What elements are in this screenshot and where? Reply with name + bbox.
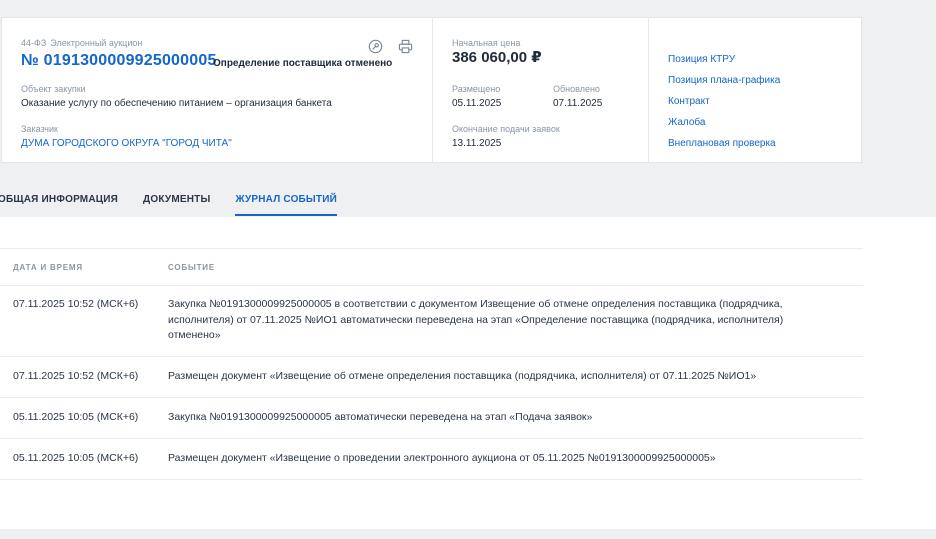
table-row: 05.11.2025 10:05 (МСК+6) Размещен докуме… [0,439,863,480]
updated-value: 07.11.2025 [553,98,602,109]
search-key-icon[interactable] [367,38,383,54]
procedure-type-line: 44-ФЗЭлектронный аукцион [21,38,142,48]
updated-label: Обновлено [553,84,600,94]
tab-general-info[interactable]: ОБЩАЯ ИНФОРМАЦИЯ [0,183,118,216]
event-description: Размещен документ «Извещение о проведени… [168,451,818,467]
event-log-panel: ДАТА И ВРЕМЯ СОБЫТИЕ 07.11.2025 10:52 (М… [0,217,936,529]
link-contract[interactable]: Контракт [668,95,780,109]
column-header-event: СОБЫТИЕ [168,263,215,272]
event-datetime: 05.11.2025 10:05 (МСК+6) [0,410,168,426]
tab-documents[interactable]: ДОКУМЕНТЫ [143,183,210,216]
event-description: Закупка №0191300009925000005 в соответст… [168,297,818,344]
procurement-main-info: 44-ФЗЭлектронный аукцион № 0191300009925… [2,18,433,162]
table-row: 05.11.2025 10:05 (МСК+6) Закупка №019130… [0,398,863,439]
price-value: 386 060,00 ₽ [452,48,542,66]
customer-label: Заказчик [21,124,58,134]
link-unscheduled-inspection[interactable]: Внеплановая проверка [668,137,780,151]
column-header-datetime: ДАТА И ВРЕМЯ [0,263,168,272]
table-header: ДАТА И ВРЕМЯ СОБЫТИЕ [0,248,863,286]
link-plan-schedule-position[interactable]: Позиция плана-графика [668,74,780,88]
print-icon[interactable] [397,38,413,54]
posted-label: Размещено [452,84,500,94]
tab-bar: ОБЩАЯ ИНФОРМАЦИЯ ДОКУМЕНТЫ ЖУРНАЛ СОБЫТИ… [0,183,362,217]
object-value: Оказание услугу по обеспечению питанием … [21,98,332,109]
header-actions [367,38,413,54]
posted-value: 05.11.2025 [452,98,501,109]
table-row: 07.11.2025 10:52 (МСК+6) Размещен докуме… [0,357,863,398]
events-table: ДАТА И ВРЕМЯ СОБЫТИЕ 07.11.2025 10:52 (М… [0,248,863,480]
status-badge: Определение поставщика отменено [213,58,392,69]
event-datetime: 05.11.2025 10:05 (МСК+6) [0,451,168,467]
event-datetime: 07.11.2025 10:52 (МСК+6) [0,369,168,385]
procurement-summary-card: 44-ФЗЭлектронный аукцион № 0191300009925… [1,17,862,163]
law-label: 44-ФЗ [21,38,46,48]
deadline-label: Окончание подачи заявок [452,124,560,134]
event-description: Размещен документ «Извещение об отмене о… [168,369,818,385]
link-complaint[interactable]: Жалоба [668,116,780,130]
event-description: Закупка №0191300009925000005 автоматичес… [168,410,818,426]
tab-event-log[interactable]: ЖУРНАЛ СОБЫТИЙ [235,183,337,216]
object-label: Объект закупки [21,84,86,94]
related-links: Позиция КТРУ Позиция плана-графика Контр… [649,18,861,162]
procedure-type: Электронный аукцион [50,38,142,48]
deadline-value: 13.11.2025 [452,138,501,149]
table-row: 07.11.2025 10:52 (МСК+6) Закупка №019130… [0,286,863,357]
link-ktru-position[interactable]: Позиция КТРУ [668,53,780,67]
price-label: Начальная цена [452,38,520,48]
procurement-number-link[interactable]: № 0191300009925000005 [21,52,217,70]
customer-link[interactable]: ДУМА ГОРОДСКОГО ОКРУГА "ГОРОД ЧИТА" [21,138,232,149]
event-datetime: 07.11.2025 10:52 (МСК+6) [0,297,168,313]
price-dates-info: Начальная цена 386 060,00 ₽ Размещено 05… [433,18,649,162]
